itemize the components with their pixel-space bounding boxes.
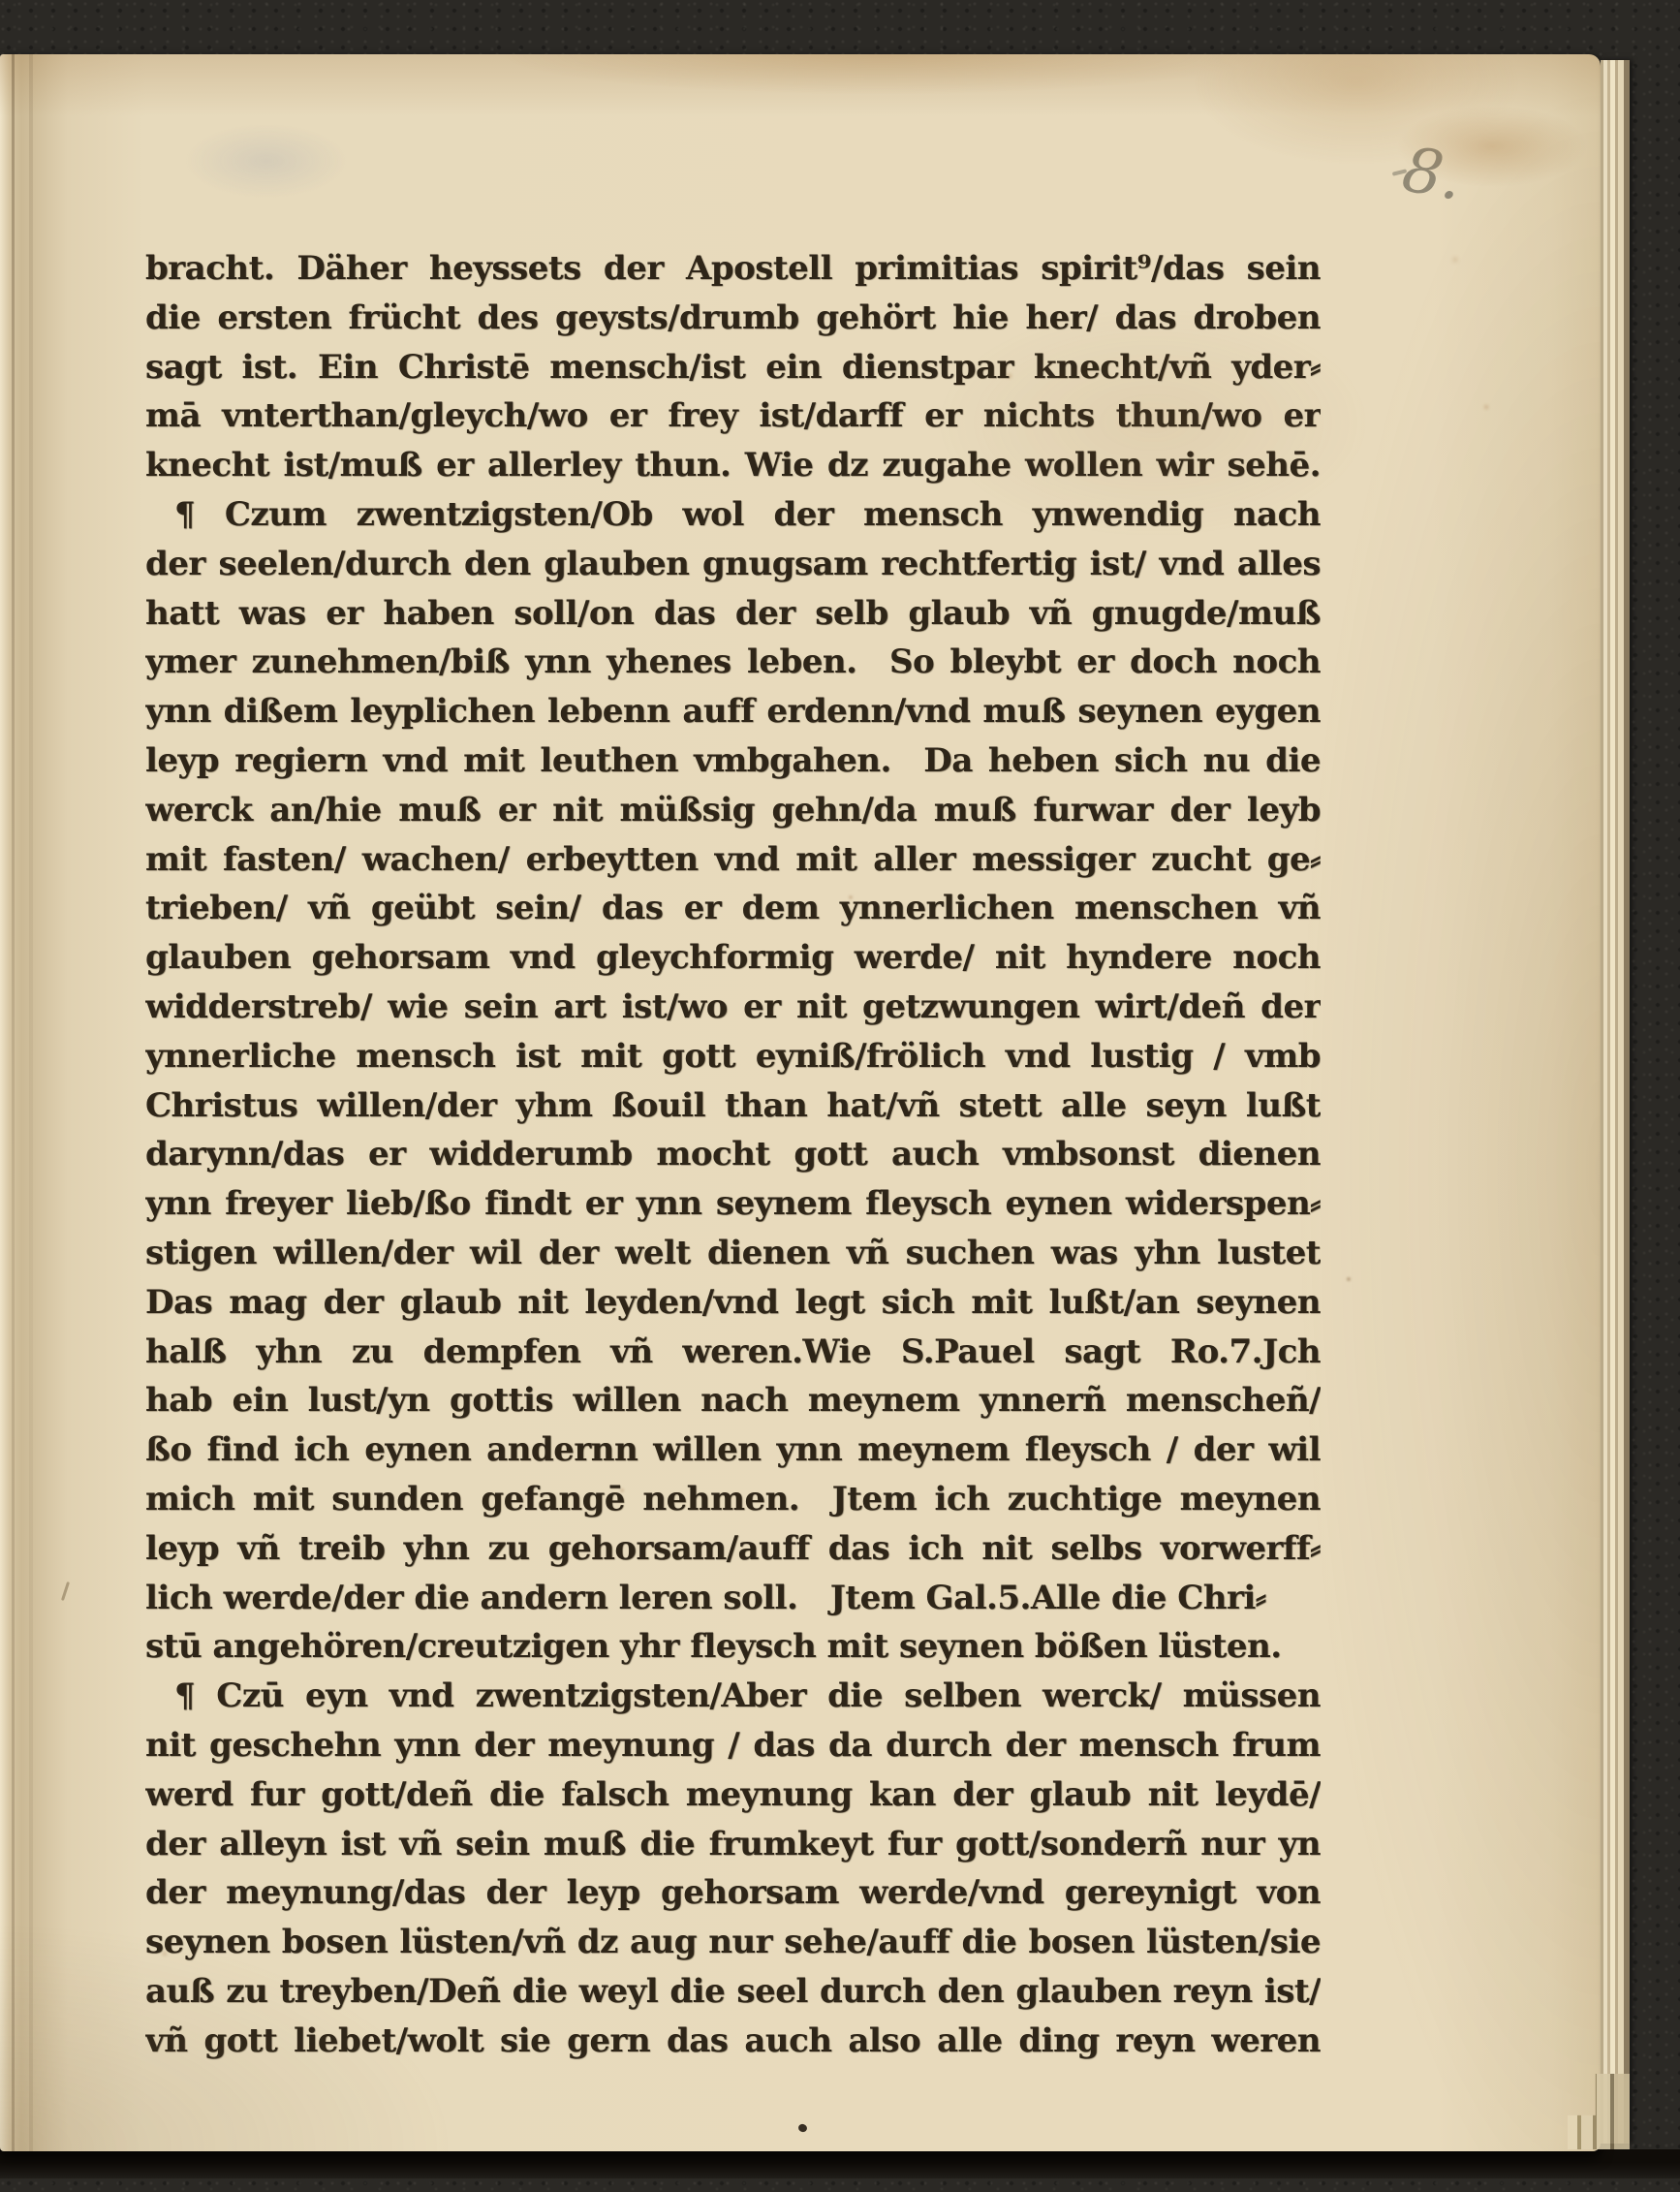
text-line-24: hab ein lust/yn gottis willen nach meyne… <box>145 1376 1321 1425</box>
text-line-16: widderstreb/ wie sein art ist/wo er nit … <box>145 983 1321 1032</box>
text-line-13: mit fasten/ wachen/ erbeytten vnd mit al… <box>145 835 1321 885</box>
text-line-21: stigen willen/der wil der welt dienen vñ… <box>145 1229 1321 1278</box>
text-line-34: der meynung/das der leyp gehorsam werde/… <box>145 1868 1321 1918</box>
text-line-1: bracht. Däher heyssets der Apostell prim… <box>145 244 1321 294</box>
handwritten-page-number: 8. <box>1398 139 1467 210</box>
text-line-8: hatt was er haben soll/on das der selb g… <box>145 589 1321 639</box>
page-bottom-shadow <box>0 2149 1680 2178</box>
text-line-29-paragraph-end: stū angehören/creutzigen yhr fleysch mit… <box>145 1622 1321 1672</box>
text-block: bracht. Däher heyssets der Apostell prim… <box>145 244 1321 2065</box>
text-line-36: auß zu treyben/Deñ die weyl die seel dur… <box>145 1967 1321 2017</box>
text-line-2: die ersten frücht des geysts/drumb gehör… <box>145 294 1321 343</box>
text-line-17: ynnerliche mensch ist mit gott eyniß/frö… <box>145 1032 1321 1081</box>
text-line-35: seynen bosen lüsten/vñ dz aug nur sehe/a… <box>145 1918 1321 1967</box>
text-line-5: knecht ist/muß er allerley thun. Wie dz … <box>145 441 1321 490</box>
scanned-book-photo: 8. bracht. Däher heyssets der Apostell p… <box>0 0 1680 2192</box>
text-line-37: vñ gott liebet/wolt sie gern das auch al… <box>145 2017 1321 2066</box>
text-line-32: werd fur gott/deñ die falsch meynung kan… <box>145 1770 1321 1820</box>
text-line-20: ynn freyer lieb/ßo findt er ynn seynem f… <box>145 1179 1321 1229</box>
text-line-10: ynn dißem leyplichen lebenn auff erdenn/… <box>145 687 1321 736</box>
gutter-crease <box>12 54 15 2151</box>
text-line-25: ßo find ich eynen andernn willen ynn mey… <box>145 1425 1321 1475</box>
text-line-26: mich mit sunden gefangē nehmen. Jtem ich… <box>145 1475 1321 1524</box>
text-line-11: leyp regiern vnd mit leuthen vmbgahen. D… <box>145 736 1321 786</box>
text-line-30-paragraph-start: ¶ Czū eyn vnd zwentzigsten/Aber die selb… <box>145 1672 1321 1721</box>
text-line-18: Christus willen/der yhm ßouil than hat/v… <box>145 1081 1321 1131</box>
page-edges <box>1601 60 1630 2144</box>
text-line-4: mā vnterthan/gleych/wo er frey ist/darff… <box>145 391 1321 441</box>
margin-slash-mark <box>61 1581 70 1601</box>
gutter-crease-soft <box>29 54 33 2151</box>
text-line-33: der alleyn ist vñ sein muß die frumkeyt … <box>145 1820 1321 1869</box>
text-line-7: der seelen/durch den glauben gnugsam rec… <box>145 540 1321 589</box>
text-line-9: ymer zunehmen/biß ynn yhenes leben. So b… <box>145 638 1321 687</box>
text-line-22: Das mag der glaub nit leyden/vnd legt si… <box>145 1278 1321 1328</box>
text-line-14: trieben/ vñ geübt sein/ das er dem ynner… <box>145 884 1321 933</box>
text-line-27: leyp vñ treib yhn zu gehorsam/auff das i… <box>145 1524 1321 1574</box>
text-line-31: nit geschehn ynn der meynung / das da du… <box>145 1721 1321 1770</box>
text-line-28: lich werde/der die andern leren soll. Jt… <box>145 1574 1321 1623</box>
text-line-23: halß yhn zu dempfen vñ weren.Wie S.Pauel… <box>145 1328 1321 1377</box>
text-line-12: werck an/hie muß er nit müßsig gehn/da m… <box>145 786 1321 835</box>
text-line-15: glauben gehorsam vnd gleychformig werde/… <box>145 933 1321 983</box>
text-line-6-paragraph-start: ¶ Czum zwentzigsten/Ob wol der mensch yn… <box>145 490 1321 540</box>
ink-dot-mark <box>797 2123 808 2134</box>
book-page: 8. bracht. Däher heyssets der Apostell p… <box>0 54 1601 2151</box>
foxing-spots <box>0 54 4 58</box>
text-line-19: darynn/das er widderumb mocht gott auch … <box>145 1130 1321 1179</box>
text-line-3: sagt ist. Ein Christē mensch/ist ein die… <box>145 343 1321 392</box>
